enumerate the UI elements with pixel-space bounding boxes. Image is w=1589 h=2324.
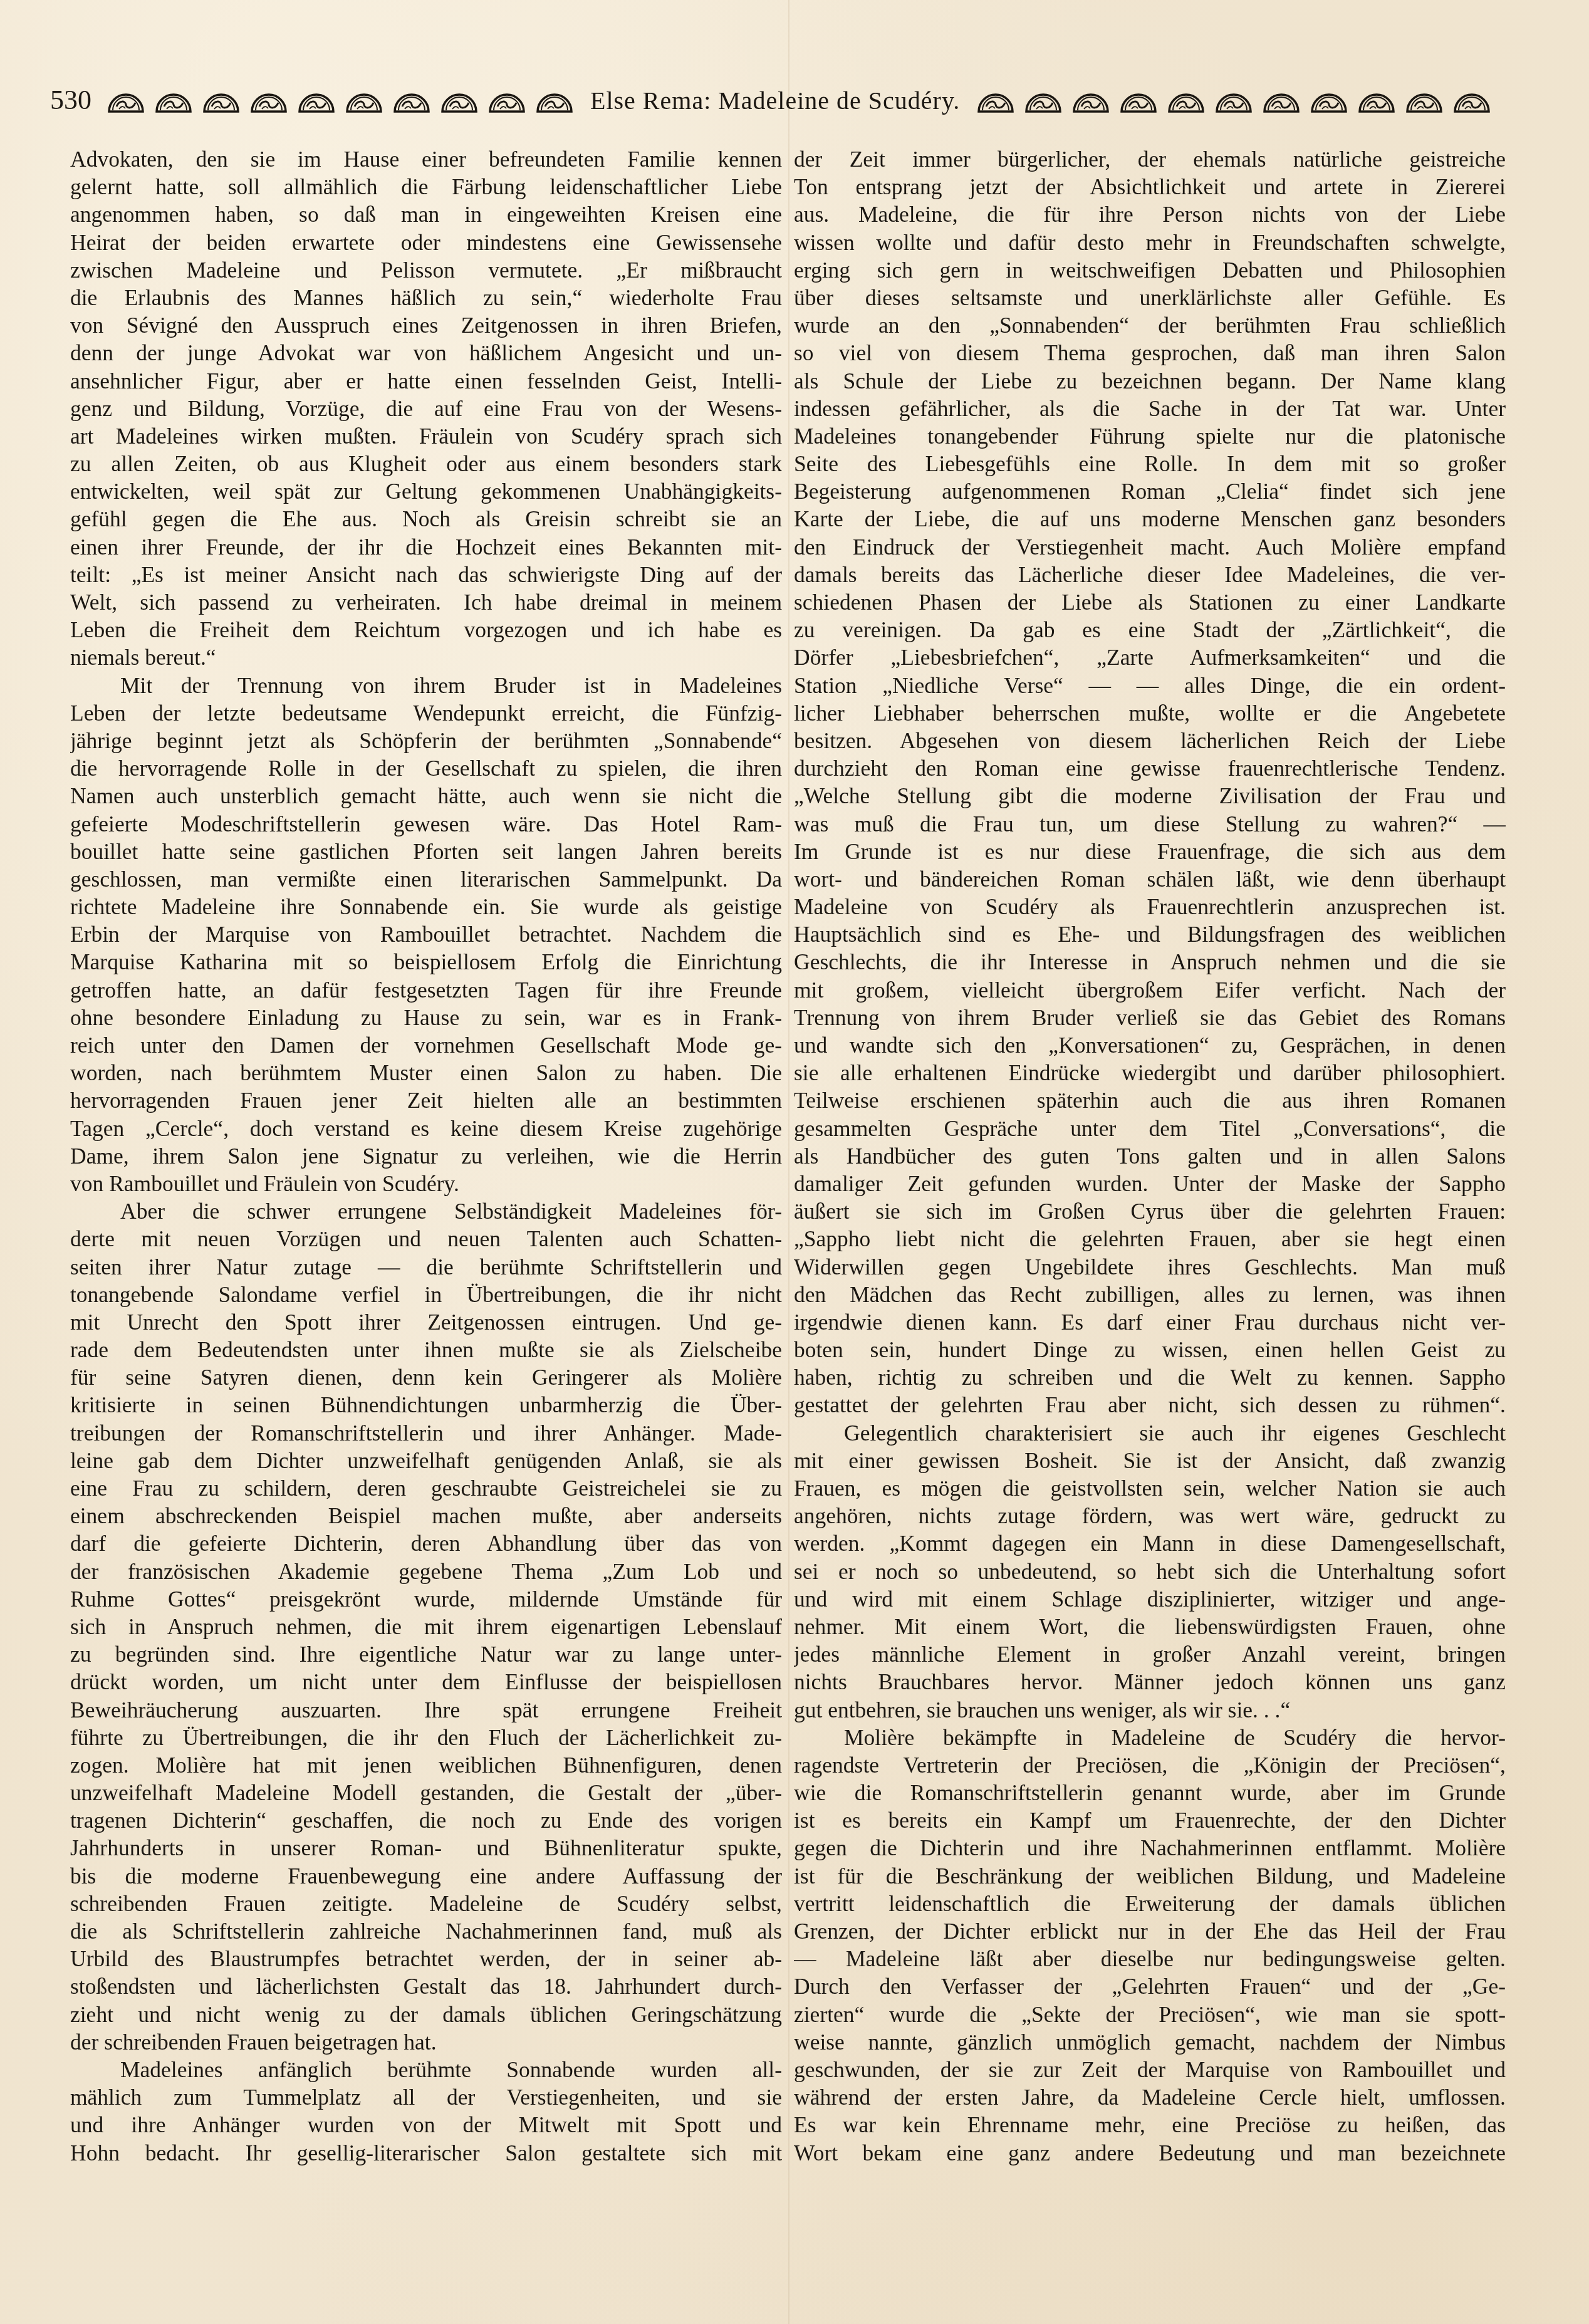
ornament-row-right bbox=[976, 88, 1491, 113]
text-line: reich unter den Damen der vornehmen Gese… bbox=[70, 1031, 782, 1059]
text-line: Grenzen, der Dichter erblickt nur in der… bbox=[794, 1917, 1506, 1945]
text-line: die hervorragende Rolle in der Gesellsch… bbox=[70, 754, 782, 782]
text-line: mit großem, vielleicht übergroßem Eifer … bbox=[794, 976, 1506, 1004]
text-line: zu begründen sind. Ihre eigentliche Natu… bbox=[70, 1640, 782, 1668]
text-line: der schreibenden Frauen beigetragen hat. bbox=[70, 2028, 782, 2056]
text-line: irgendwie dienen kann. Es darf einer Fra… bbox=[794, 1308, 1506, 1336]
paragraph-start-line: Aber die schwer errungene Selbständigkei… bbox=[70, 1197, 782, 1225]
text-line: teilt: „Es ist meiner Ansicht nach das s… bbox=[70, 561, 782, 588]
text-line: Beweihräucherung auszuarten. Ihre spät e… bbox=[70, 1696, 782, 1724]
scroll-ornament-icon bbox=[249, 88, 288, 113]
scroll-ornament-icon bbox=[345, 88, 383, 113]
text-line: werden. „Kommt dagegen ein Mann in diese… bbox=[794, 1529, 1506, 1557]
text-line: hervorragenden Frauen jener Zeit hielten… bbox=[70, 1086, 782, 1114]
text-line: aus. Madeleine, die für ihre Person nich… bbox=[794, 201, 1506, 228]
ornament-row-left bbox=[107, 88, 574, 113]
page-fold bbox=[788, 0, 789, 2324]
text-line: von Sévigné den Ausspruch eines Zeitgeno… bbox=[70, 311, 782, 339]
text-line: Begeisterung aufgenommenen Roman „Clelia… bbox=[794, 477, 1506, 505]
text-line: so viel von diesem Thema gesprochen, daß… bbox=[794, 339, 1506, 367]
text-line: durchzieht den Roman eine gewisse frauen… bbox=[794, 754, 1506, 782]
text-line: über dieses seltsamste und unerklärlichs… bbox=[794, 284, 1506, 311]
text-line: Dame, ihrem Salon jene Signatur zu verle… bbox=[70, 1142, 782, 1170]
text-line: Ruhme Gottes“ preisgekrönt wurde, milder… bbox=[70, 1585, 782, 1613]
text-line: besitzen. Abgesehen von diesem lächerlic… bbox=[794, 727, 1506, 754]
page-number: 530 bbox=[50, 86, 91, 114]
running-header: 530 Else Rema: Madeleine de Scudéry. bbox=[50, 81, 1491, 119]
text-line: während der ersten Jahre, da Madeleine C… bbox=[794, 2083, 1506, 2111]
text-line: gegen die Dichterin und ihre Nachahmerin… bbox=[794, 1834, 1506, 1862]
text-line: schiedenen Phasen der Liebe als Statione… bbox=[794, 588, 1506, 616]
text-line: geschwunden, der sie zur Zeit der Marqui… bbox=[794, 2056, 1506, 2083]
text-line: gesammelten Gespräche unter dem Titel „C… bbox=[794, 1115, 1506, 1142]
text-line: Leben der letzte bedeutsame Wendepunkt e… bbox=[70, 699, 782, 727]
running-title: Else Rema: Madeleine de Scudéry. bbox=[590, 86, 960, 115]
paragraph-start-line: Mit der Trennung von ihrem Bruder ist in… bbox=[70, 672, 782, 699]
text-line: leine gab dem Dichter unzweifelhaft genü… bbox=[70, 1447, 782, 1474]
text-line: den Eindruck der Verstiegenheit macht. A… bbox=[794, 533, 1506, 561]
text-line: tonangebende Salondame verfiel in Übertr… bbox=[70, 1281, 782, 1308]
text-line: Madeleine von Scudéry als Frauenrechtler… bbox=[794, 893, 1506, 920]
text-line: drückt worden, um nicht unter dem Einflu… bbox=[70, 1668, 782, 1696]
text-line: sich in Anspruch nehmen, die mit ihrem e… bbox=[70, 1613, 782, 1640]
text-line: mählich zum Tummelplatz all der Verstieg… bbox=[70, 2083, 782, 2111]
text-line: Durch den Verfasser der „Gelehrten Fraue… bbox=[794, 1972, 1506, 2000]
scroll-ornament-icon bbox=[487, 88, 526, 113]
text-line: nehmer. Mit einem Wort, die liebenswürdi… bbox=[794, 1613, 1506, 1640]
text-line: damals bereits das Lächerliche dieser Id… bbox=[794, 561, 1506, 588]
text-line: von Rambouillet und Fräulein von Scudéry… bbox=[70, 1170, 782, 1197]
scroll-ornament-icon bbox=[1357, 88, 1396, 113]
text-line: Trennung von ihrem Bruder verließ sie da… bbox=[794, 1004, 1506, 1031]
text-line: Advokaten, den sie im Hause einer befreu… bbox=[70, 145, 782, 173]
text-line: mit einer gewissen Bosheit. Sie ist der … bbox=[794, 1447, 1506, 1474]
scroll-ornament-icon bbox=[154, 88, 193, 113]
text-line: wurde an den „Sonnabenden“ der berühmten… bbox=[794, 311, 1506, 339]
text-line: haben, richtig zu schreiben und die Welt… bbox=[794, 1363, 1506, 1391]
text-line: Frauen, es mögen die geistvollsten sein,… bbox=[794, 1474, 1506, 1502]
text-line: ist es bereits ein Kampf um Frauenrechte… bbox=[794, 1806, 1506, 1834]
text-line: sie alle erhaltenen Eindrücke wiedergibt… bbox=[794, 1059, 1506, 1086]
scroll-ornament-icon bbox=[440, 88, 479, 113]
text-line: Seite des Liebesgefühls eine Rolle. In d… bbox=[794, 450, 1506, 477]
text-line: Karte der Liebe, die auf uns moderne Men… bbox=[794, 505, 1506, 533]
scroll-ornament-icon bbox=[535, 88, 574, 113]
scroll-ornament-icon bbox=[1452, 88, 1491, 113]
text-line: art Madeleines wirken mußten. Fräulein v… bbox=[70, 422, 782, 450]
text-line: die als Schriftstellerin zahlreiche Nach… bbox=[70, 1917, 782, 1945]
text-line: „Welche Stellung gibt die moderne Zivili… bbox=[794, 782, 1506, 810]
text-line: genz und Bildung, Vorzüge, die auf eine … bbox=[70, 395, 782, 422]
text-line: Dörfer „Liebesbriefchen“, „Zarte Aufmerk… bbox=[794, 644, 1506, 671]
text-line: erging sich gern in weitschweifigen Deba… bbox=[794, 256, 1506, 284]
text-line: „Sappho liebt nicht die gelehrten Frauen… bbox=[794, 1225, 1506, 1253]
scroll-ornament-icon bbox=[392, 88, 431, 113]
scroll-ornament-icon bbox=[1024, 88, 1063, 113]
scroll-ornament-icon bbox=[297, 88, 336, 113]
text-line: ist für die Beschränkung der weiblichen … bbox=[794, 1862, 1506, 1890]
text-line: äußert sie sich im Großen Cyrus über die… bbox=[794, 1197, 1506, 1225]
text-line: Geschlechts, die ihr Interesse in Anspru… bbox=[794, 948, 1506, 976]
text-line: ragendste Vertreterin der Preciösen, die… bbox=[794, 1751, 1506, 1779]
text-line: unzweifelhaft Madeleine Modell gestanden… bbox=[70, 1779, 782, 1806]
text-line: und wird mit einem Schlage diszipliniert… bbox=[794, 1585, 1506, 1613]
text-line: Heirat der beiden erwartete oder mindest… bbox=[70, 229, 782, 256]
text-line: Leben die Freiheit dem Reichtum vorgezog… bbox=[70, 616, 782, 644]
text-line: zwischen Madeleine und Pelisson vermutet… bbox=[70, 256, 782, 284]
scroll-ornament-icon bbox=[1262, 88, 1301, 113]
text-line: Im Grunde ist es nur diese Frauenfrage, … bbox=[794, 838, 1506, 865]
text-line: Urbild des Blaustrumpfes betrachtet werd… bbox=[70, 1945, 782, 1972]
text-line: wissen wollte und dafür desto mehr in Fr… bbox=[794, 229, 1506, 256]
text-line: tragenen Dichterin“ geschaffen, die noch… bbox=[70, 1806, 782, 1834]
text-line: der französischen Akademie gegebene Them… bbox=[70, 1558, 782, 1585]
text-line: einen ihrer Freunde, der ihr die Hochzei… bbox=[70, 533, 782, 561]
text-line: — Madeleine läßt aber dieselbe nur bedin… bbox=[794, 1945, 1506, 1972]
text-line: was muß die Frau tun, um diese Stellung … bbox=[794, 810, 1506, 838]
text-line: rade dem Bedeutendsten unter ihnen mußte… bbox=[70, 1336, 782, 1363]
text-line: die Erlaubnis des Mannes häßlich zu sein… bbox=[70, 284, 782, 311]
text-line: boten sein, hundert Dinge zu wissen, ein… bbox=[794, 1336, 1506, 1363]
text-line: niemals bereut.“ bbox=[70, 644, 782, 671]
scroll-ornament-icon bbox=[976, 88, 1015, 113]
text-line: nichts Brauchbares hervor. Männer jedoch… bbox=[794, 1668, 1506, 1696]
text-line: kritisierte in seinen Bühnendichtungen u… bbox=[70, 1391, 782, 1419]
text-line: darf die gefeierte Dichterin, deren Abha… bbox=[70, 1529, 782, 1557]
scroll-ornament-icon bbox=[1167, 88, 1206, 113]
text-line: geschlossen, man vermißte einen literari… bbox=[70, 865, 782, 893]
text-line: zogen. Molière hat mit jenen weiblichen … bbox=[70, 1751, 782, 1779]
text-line: gefeierte Modeschriftstellerin gewesen w… bbox=[70, 810, 782, 838]
text-line: jedes männliche Element in großer Anzahl… bbox=[794, 1640, 1506, 1668]
text-line: eine Frau zu schildern, deren geschraubt… bbox=[70, 1474, 782, 1502]
paragraph-start-line: Gelegentlich charakterisiert sie auch ih… bbox=[794, 1419, 1506, 1447]
paragraph-start-line: Molière bekämpfte in Madeleine de Scudér… bbox=[794, 1724, 1506, 1751]
text-line: Erbin der Marquise von Rambouillet betra… bbox=[70, 920, 782, 948]
text-line: entwickelten, weil spät zur Geltung geko… bbox=[70, 477, 782, 505]
text-line: Widerwillen gegen Ungebildete ihres Gesc… bbox=[794, 1253, 1506, 1281]
text-line: gut entbehren, sie brauchen uns weniger,… bbox=[794, 1696, 1506, 1724]
text-line: Teilweise erschienen späterhin auch die … bbox=[794, 1086, 1506, 1114]
scroll-ornament-icon bbox=[1405, 88, 1444, 113]
text-line: zieht und nicht wenig zu der damals übli… bbox=[70, 2001, 782, 2028]
text-line: richtete Madeleine ihre Sonnabende ein. … bbox=[70, 893, 782, 920]
text-line: bouillet hatte seine gastlichen Pforten … bbox=[70, 838, 782, 865]
text-line: licher Liebhaber beherrschen mußte, woll… bbox=[794, 699, 1506, 727]
text-line: Hohn bedacht. Ihr gesellig-literarischer… bbox=[70, 2139, 782, 2167]
text-line: angehören, nichts zutage fördern, was we… bbox=[794, 1502, 1506, 1529]
text-line: gelernt hatte, soll allmählich die Färbu… bbox=[70, 173, 782, 201]
text-line: Madeleines tonangebender Führung spielte… bbox=[794, 422, 1506, 450]
text-line: denn der junge Advokat war von häßlichem… bbox=[70, 339, 782, 367]
paragraph-start-line: Madeleines anfänglich berühmte Sonnabend… bbox=[70, 2056, 782, 2083]
text-line: worden, nach berühmtem Muster einen Salo… bbox=[70, 1059, 782, 1086]
text-line: ansehnlicher Figur, aber er hatte einen … bbox=[70, 367, 782, 395]
text-line: führte zu Übertreibungen, die ihr den Fl… bbox=[70, 1724, 782, 1751]
text-line: getroffen hatte, an dafür festgesetzten … bbox=[70, 976, 782, 1004]
text-line: Welt, sich passend zu verheiraten. Ich h… bbox=[70, 588, 782, 616]
text-line: damaliger Zeit gefunden wurden. Unter de… bbox=[794, 1170, 1506, 1197]
text-line: schreibenden Frauen zeitigte. Madeleine … bbox=[70, 1890, 782, 1917]
text-line: zierten“ wurde die „Sekte der Preciösen“… bbox=[794, 2001, 1506, 2028]
text-line: bis die moderne Frauenbewegung eine ande… bbox=[70, 1862, 782, 1890]
text-line: zu vereinigen. Da gab es eine Stadt der … bbox=[794, 616, 1506, 644]
text-line: angenommen haben, so daß man in eingewei… bbox=[70, 201, 782, 228]
text-line: sei er noch so unbedeutend, so hebt sich… bbox=[794, 1558, 1506, 1585]
text-line: seiten ihrer Natur zutage — die berühmte… bbox=[70, 1253, 782, 1281]
text-line: Tagen „Cercle“, doch verstand es keine d… bbox=[70, 1115, 782, 1142]
text-line: wort- und bändereichen Roman schälen läß… bbox=[794, 865, 1506, 893]
text-line: den Mädchen das Recht zubilligen, alles … bbox=[794, 1281, 1506, 1308]
text-line: treibungen der Romanschriftstellerin und… bbox=[70, 1419, 782, 1447]
text-line: ohne besondere Einladung zu Hause zu sei… bbox=[70, 1004, 782, 1031]
text-line: wie die Romanschriftstellerin genannt wu… bbox=[794, 1779, 1506, 1806]
text-line: mit Unrecht den Spott ihrer Zeitgenossen… bbox=[70, 1308, 782, 1336]
text-line: einem abschreckenden Beispiel machen muß… bbox=[70, 1502, 782, 1529]
scroll-ornament-icon bbox=[107, 88, 145, 113]
text-line: zu allen Zeiten, ob aus Klugheit oder au… bbox=[70, 450, 782, 477]
text-line: Namen auch unsterblich gemacht hätte, au… bbox=[70, 782, 782, 810]
scroll-ornament-icon bbox=[1310, 88, 1348, 113]
scroll-ornament-icon bbox=[1119, 88, 1158, 113]
text-line: und wandte sich den „Konversationen“ zu,… bbox=[794, 1031, 1506, 1059]
text-line: Marquise Katharina mit so beispiellosem … bbox=[70, 948, 782, 976]
text-line: der Zeit immer bürgerlicher, der ehemals… bbox=[794, 145, 1506, 173]
text-line: derte mit neuen Vorzügen und neuen Talen… bbox=[70, 1225, 782, 1253]
scroll-ornament-icon bbox=[1214, 88, 1253, 113]
text-line: gestattet der gelehrten Frau aber nicht,… bbox=[794, 1391, 1506, 1419]
text-line: Ton entsprang jetzt der Absichtlichkeit … bbox=[794, 173, 1506, 201]
text-line: Wort bekam eine ganz andere Bedeutung un… bbox=[794, 2139, 1506, 2167]
left-column: Advokaten, den sie im Hause einer befreu… bbox=[70, 145, 782, 2167]
text-line: und ihre Anhänger wurden von der Mitwelt… bbox=[70, 2111, 782, 2139]
text-line: Hauptsächlich sind es Ehe- und Bildungsf… bbox=[794, 920, 1506, 948]
text-line: als Schule der Liebe zu bezeichnen began… bbox=[794, 367, 1506, 395]
text-line: Es war kein Ehrenname mehr, eine Preciös… bbox=[794, 2111, 1506, 2139]
text-line: vertritt leidenschaftlich die Erweiterun… bbox=[794, 1890, 1506, 1917]
text-line: weise nannte, gänzlich unmöglich gemacht… bbox=[794, 2028, 1506, 2056]
text-line: als Handbücher des guten Tons galten und… bbox=[794, 1142, 1506, 1170]
text-line: stoßendsten und lächerlichsten Gestalt d… bbox=[70, 1972, 782, 2000]
text-line: gefühl gegen die Ehe aus. Noch als Greis… bbox=[70, 505, 782, 533]
scroll-ornament-icon bbox=[1071, 88, 1110, 113]
text-line: jährige beginnt jetzt als Schöpferin der… bbox=[70, 727, 782, 754]
text-line: Station „Niedliche Verse“ — — alles Ding… bbox=[794, 672, 1506, 699]
text-line: für seine Satyren dienen, denn kein Geri… bbox=[70, 1363, 782, 1391]
text-line: Jahrhunderts in unserer Roman- und Bühne… bbox=[70, 1834, 782, 1862]
right-column: der Zeit immer bürgerlicher, der ehemals… bbox=[794, 145, 1506, 2167]
scroll-ornament-icon bbox=[202, 88, 241, 113]
text-line: indessen gefährlicher, als die Sache in … bbox=[794, 395, 1506, 422]
